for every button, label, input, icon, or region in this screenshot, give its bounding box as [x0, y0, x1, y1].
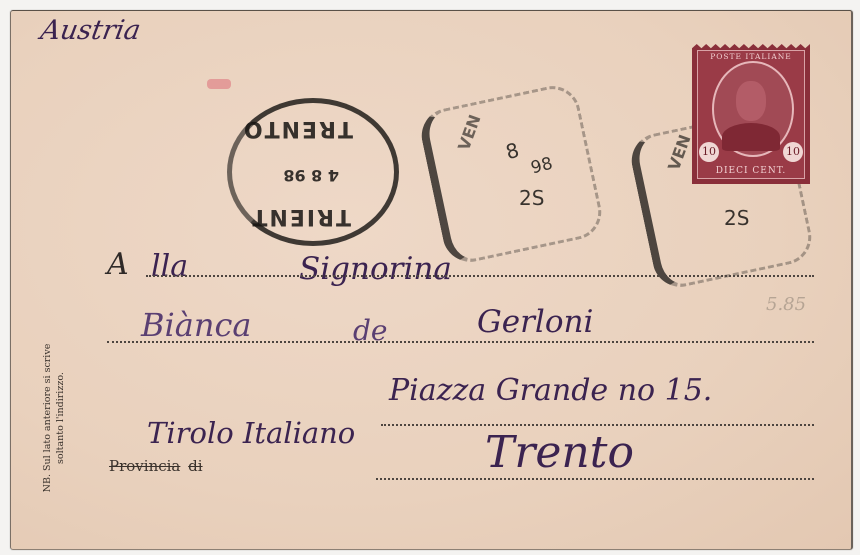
stamp-portrait-bust: [722, 123, 780, 151]
side-printed-note: NB. Sul lato anteriore si scrive soltant…: [41, 303, 67, 533]
postcard: Austria TRIENT 4 8 98 TRENTO VEN 8 98 2S…: [10, 10, 853, 550]
salutation-word: Signorina: [299, 251, 452, 287]
round-postmark-text: TRIENT 4 8 98 TRENTO: [217, 95, 397, 245]
red-ink-mark: [207, 79, 231, 89]
stamp-value-left: 10: [699, 142, 719, 162]
stamp-denomination: DIECI CENT.: [698, 166, 804, 176]
pencil-mark: 5.85: [766, 294, 806, 315]
octagonal-postmark-1: [417, 81, 607, 267]
address-line-1: [146, 275, 814, 277]
street-address: Piazza Grande no 15.: [389, 373, 712, 408]
address-line-4: [376, 478, 814, 480]
address-line-3: [381, 424, 814, 426]
city: Trento: [485, 427, 634, 478]
stamp-value-right: 10: [783, 142, 803, 162]
salutation-prefix: A: [107, 247, 129, 282]
postmark-2-hour: 2S: [724, 206, 749, 230]
postmark-1-hour: 2S: [519, 186, 544, 210]
stamp-country: POSTE ITALIANE: [698, 52, 804, 61]
stamp-portrait-head: [736, 81, 766, 121]
salutation-rest: lla: [151, 249, 188, 284]
side-note-line-2: soltanto l'indirizzo.: [54, 303, 67, 533]
country-note: Austria: [38, 15, 143, 46]
region: Tirolo Italiano: [147, 416, 355, 450]
address-line-2: [107, 341, 814, 343]
recipient-last-name: Gerloni: [477, 304, 593, 340]
recipient-first-name: Biànca: [141, 306, 251, 344]
side-note-line-1: NB. Sul lato anteriore si scrive: [41, 303, 54, 533]
province-label: Provincia di: [109, 457, 203, 475]
postage-stamp: POSTE ITALIANE 10 10 DIECI CENT.: [692, 44, 810, 184]
